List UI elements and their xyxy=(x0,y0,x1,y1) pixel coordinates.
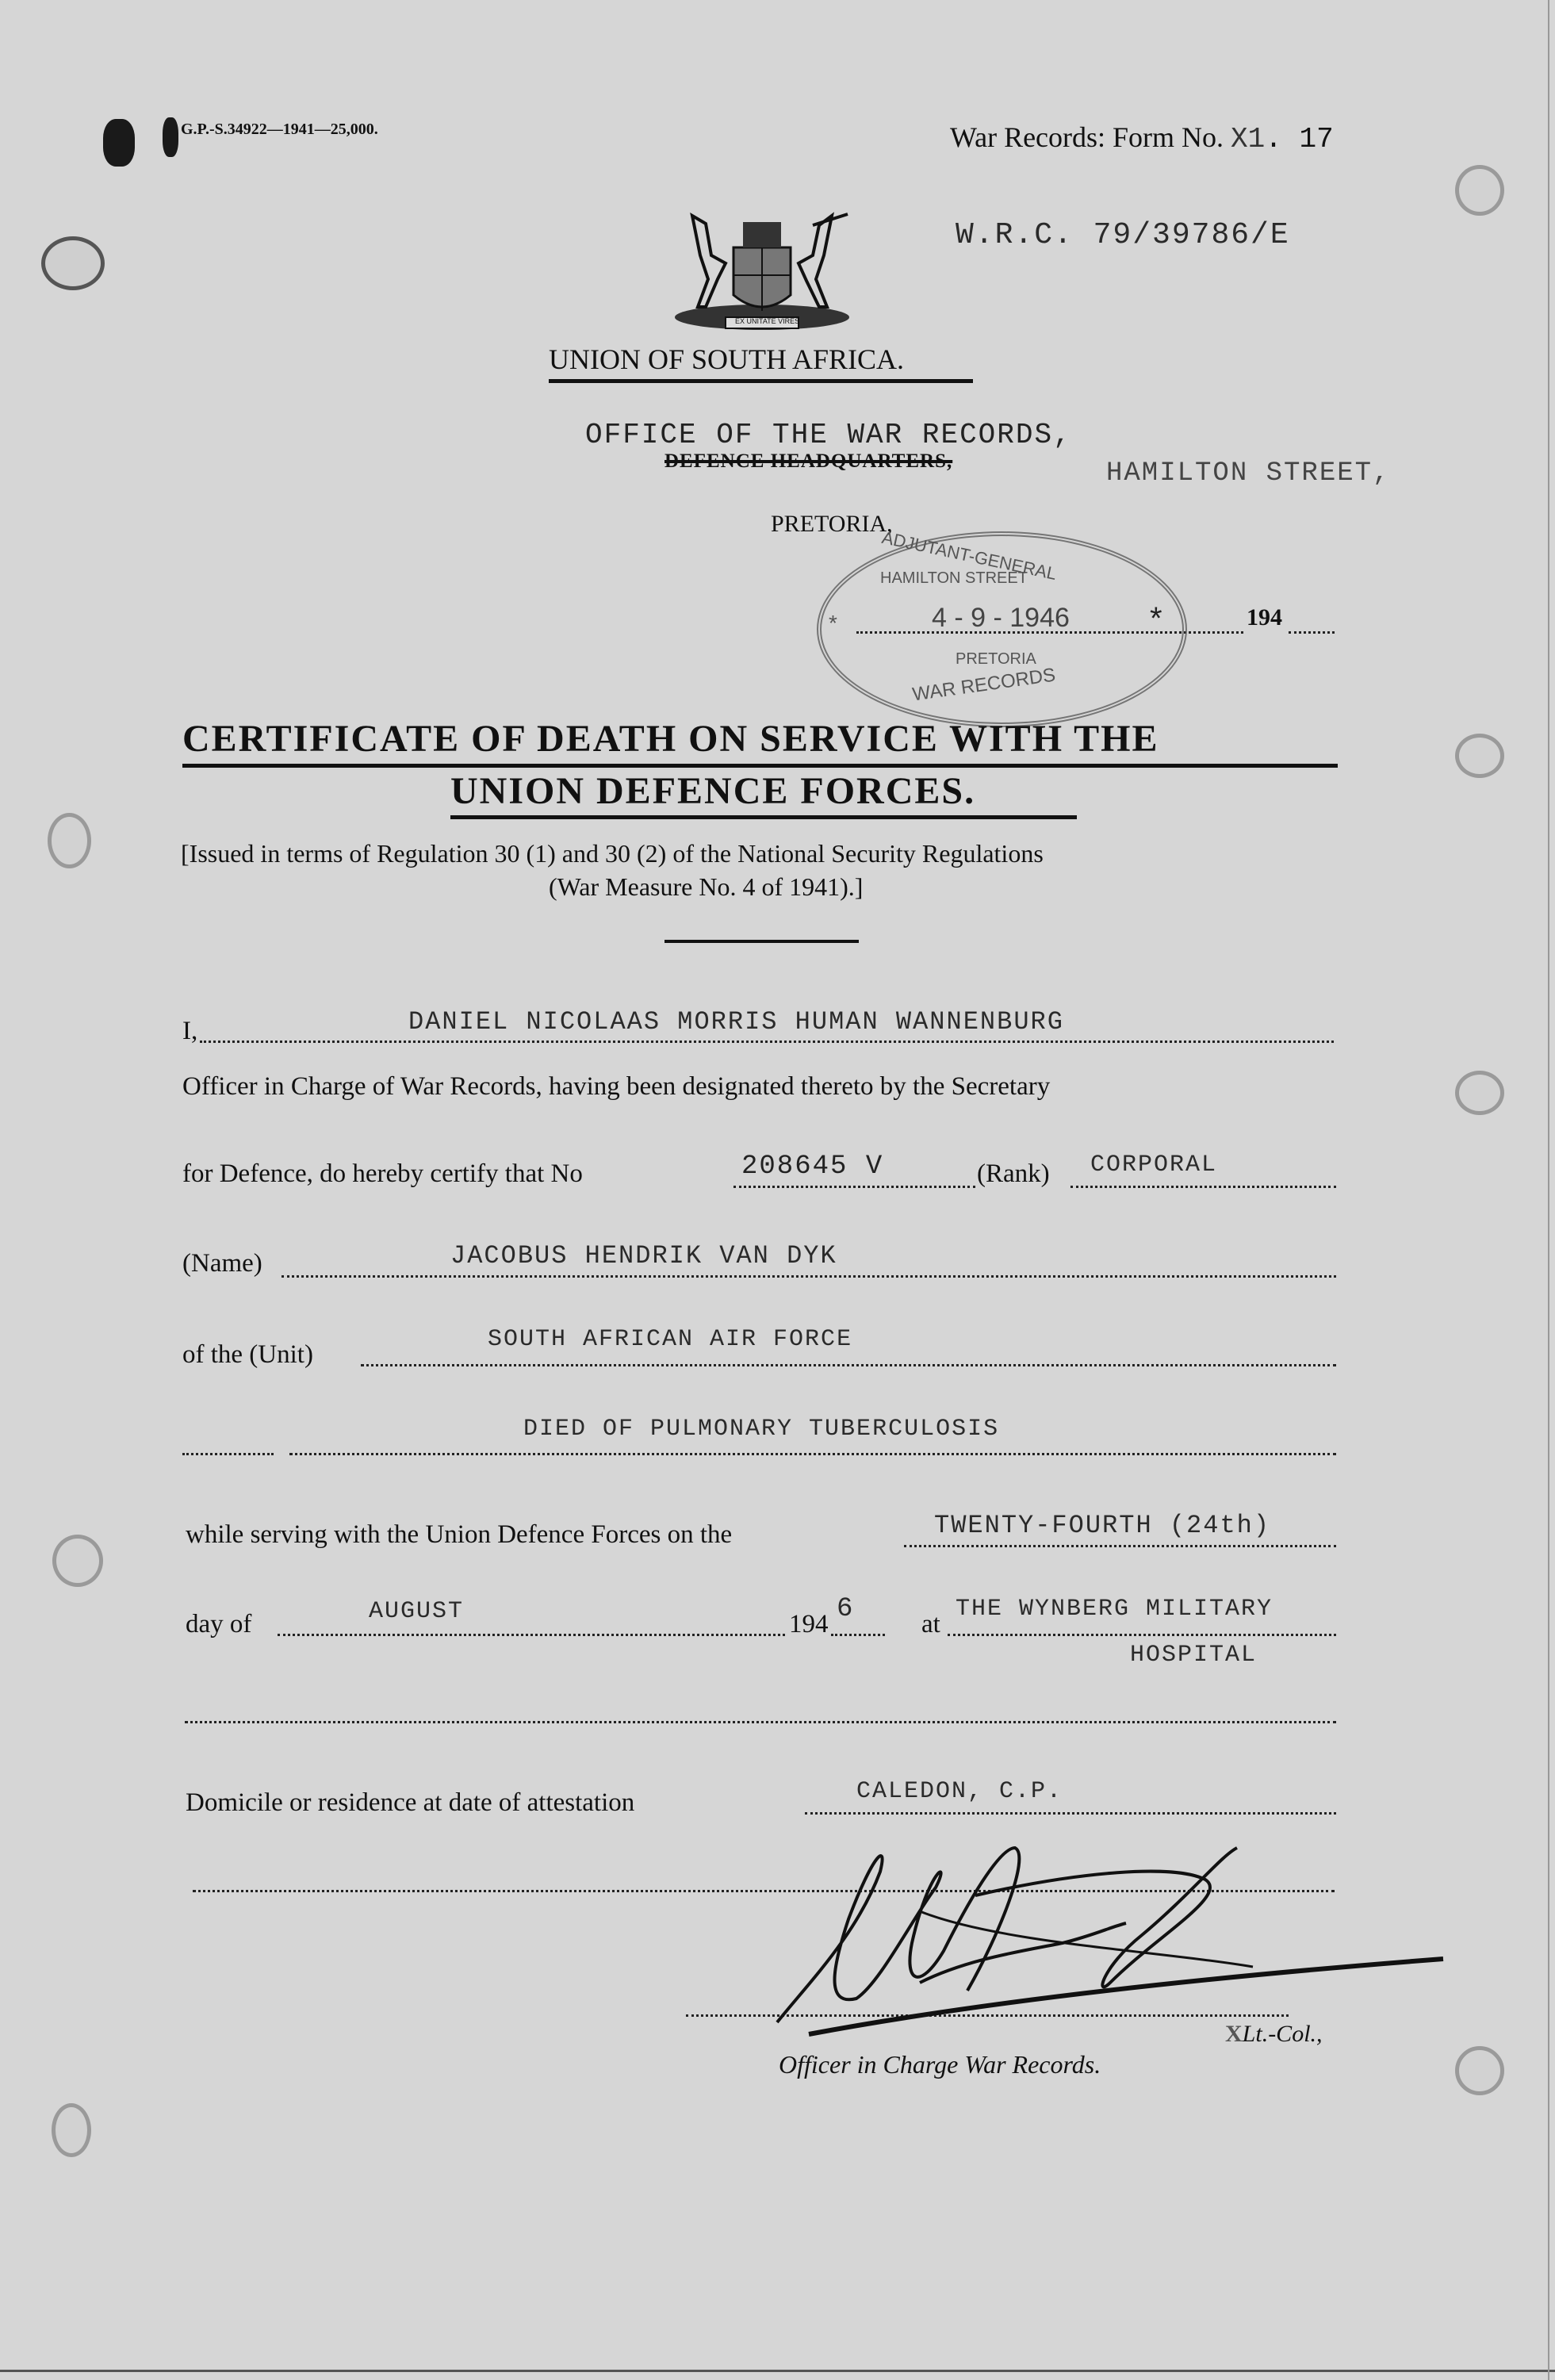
punch-hole xyxy=(103,119,135,167)
crest-motto: EX UNITATE VIRES xyxy=(735,317,799,325)
caption-underline xyxy=(549,379,973,383)
form-label: War Records: Form No. xyxy=(950,121,1224,153)
cause-of-death-field[interactable]: DIED OF PULMONARY TUBERCULOSIS xyxy=(523,1416,999,1443)
punch-hole xyxy=(48,813,91,868)
cause-line xyxy=(289,1453,1336,1455)
signatory-rank: XLt.-Col., xyxy=(1225,2021,1323,2048)
officer-name-line xyxy=(200,1041,1334,1043)
punch-hole xyxy=(52,2103,91,2157)
certificate-page: G.P.-S.34922—1941—25,000. War Records: F… xyxy=(0,0,1555,2380)
i-label: I, xyxy=(182,1017,197,1046)
certify-text: for Defence, do hereby certify that No xyxy=(182,1159,583,1189)
punch-hole xyxy=(163,117,178,157)
rank-label: (Rank) xyxy=(977,1159,1050,1189)
certificate-title-line1: CERTIFICATE OF DEATH ON SERVICE WITH THE xyxy=(182,717,1159,761)
coat-of-arms-icon xyxy=(670,208,854,333)
service-number-field[interactable]: 208645 V xyxy=(741,1152,883,1182)
blank-line-1 xyxy=(185,1721,1336,1723)
signature xyxy=(761,1824,1459,2038)
place-field-line2[interactable]: HOSPITAL xyxy=(1130,1642,1257,1669)
punch-hole xyxy=(1455,1071,1504,1115)
wrc-reference: W.R.C. 79/39786/E xyxy=(956,218,1290,252)
place-field-line1[interactable]: THE WYNBERG MILITARY xyxy=(956,1596,1273,1623)
signatory-rank-struck: X xyxy=(1225,2021,1243,2047)
street-line: HAMILTON STREET, xyxy=(1106,458,1390,489)
regulation-subtitle-line1: [Issued in terms of Regulation 30 (1) an… xyxy=(181,839,1044,868)
punch-hole xyxy=(41,236,105,290)
punch-hole xyxy=(52,1535,103,1587)
country-caption: UNION OF SOUTH AFRICA. xyxy=(549,343,904,376)
title-underline-2 xyxy=(450,815,1077,819)
unit-label: of the (Unit) xyxy=(182,1340,313,1370)
stamp-street: HAMILTON STREET xyxy=(880,569,1028,588)
signatory-rank-value: Lt.-Col., xyxy=(1243,2021,1323,2047)
designation-text: Officer in Charge of War Records, having… xyxy=(182,1072,1050,1102)
form-number-value: . 17 xyxy=(1265,123,1333,155)
cause-line-short xyxy=(182,1453,274,1455)
form-number-struck: X1 xyxy=(1231,123,1265,155)
page-right-edge xyxy=(1548,0,1549,2380)
month-field[interactable]: AUGUST xyxy=(369,1598,464,1625)
place-line xyxy=(948,1634,1336,1636)
serving-text: while serving with the Union Defence For… xyxy=(186,1520,732,1550)
signatory-title: Officer in Charge War Records. xyxy=(779,2050,1101,2079)
struck-text: DEFENCE HEADQUARTERS, xyxy=(665,450,952,472)
regulation-subtitle-line2: (War Measure No. 4 of 1941).] xyxy=(549,872,863,902)
year-suffix-field[interactable]: 6 xyxy=(837,1594,854,1624)
domicile-field[interactable]: CALEDON, C.P. xyxy=(856,1778,1063,1805)
name-line xyxy=(282,1275,1336,1278)
day-line xyxy=(904,1545,1336,1547)
page-bottom-edge xyxy=(0,2370,1555,2372)
punch-hole xyxy=(1455,165,1504,216)
struck-address-line: DEFENCE HEADQUARTERS, xyxy=(665,450,952,473)
unit-line xyxy=(361,1364,1336,1366)
title-underline-1 xyxy=(182,764,1338,768)
punch-hole xyxy=(1455,734,1504,778)
punch-hole xyxy=(1455,2046,1504,2095)
city-line: PRETORIA, xyxy=(771,511,893,538)
rank-line xyxy=(1070,1186,1336,1188)
date-year-dotted-line xyxy=(1289,631,1335,634)
signature-icon xyxy=(761,1824,1459,2038)
month-line xyxy=(278,1634,785,1636)
rank-field[interactable]: CORPORAL xyxy=(1090,1152,1217,1179)
year-line xyxy=(831,1634,885,1636)
at-label: at xyxy=(921,1610,940,1639)
name-label: (Name) xyxy=(182,1249,262,1278)
officer-name-field[interactable]: DANIEL NICOLAAS MORRIS HUMAN WANNENBURG xyxy=(408,1007,1064,1037)
separator-rule xyxy=(665,940,859,943)
form-number: War Records: Form No. X1. 17 xyxy=(950,121,1334,155)
unit-field[interactable]: SOUTH AFRICAN AIR FORCE xyxy=(488,1326,852,1353)
service-number-line xyxy=(733,1186,975,1188)
stamp-city: PRETORIA xyxy=(956,650,1036,669)
name-field[interactable]: JACOBUS HENDRIK VAN DYK xyxy=(450,1241,837,1270)
office-line: OFFICE OF THE WAR RECORDS, xyxy=(585,419,1072,451)
domicile-label: Domicile or residence at date of attesta… xyxy=(186,1788,634,1818)
stamp-date: 4 - 9 - 1946 xyxy=(932,603,1070,634)
year-prefix: 194 xyxy=(789,1610,829,1639)
printer-reference: G.P.-S.34922—1941—25,000. xyxy=(181,121,378,139)
stamp-star-left: * xyxy=(829,611,837,636)
day-field[interactable]: TWENTY-FOURTH (24th) xyxy=(934,1511,1270,1540)
coat-of-arms: EX UNITATE VIRES xyxy=(670,208,854,333)
stamp-star-right: * xyxy=(1150,601,1162,637)
domicile-line xyxy=(805,1812,1336,1815)
date-year-prefix: 194 xyxy=(1247,604,1282,631)
certificate-title-line2: UNION DEFENCE FORCES. xyxy=(450,769,975,813)
day-of-label: day of xyxy=(186,1610,251,1639)
